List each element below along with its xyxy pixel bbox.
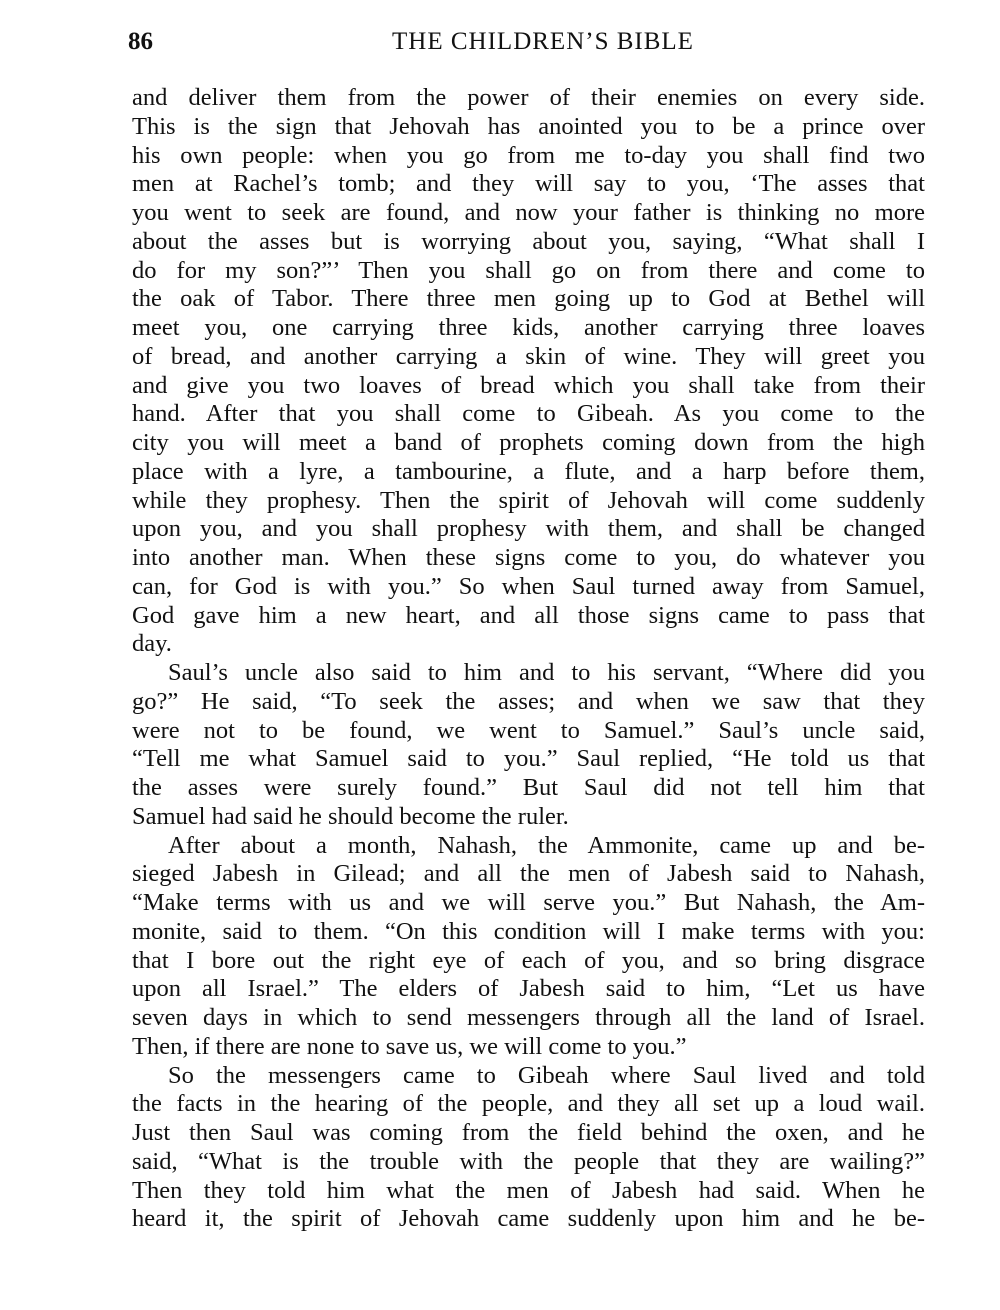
text-line: day. [132,630,925,659]
text-line: into another man. When these signs come … [132,544,925,573]
text-line: the asses were surely found.” But Saul d… [132,774,925,803]
text-line: After about a month, Nahash, the Ammonit… [132,832,925,861]
text-line: place with a lyre, a tambourine, a flute… [132,458,925,487]
text-line: sieged Jabesh in Gilead; and all the men… [132,860,925,889]
text-line: about the asses but is worrying about yo… [132,228,925,257]
text-line: the facts in the hearing of the people, … [132,1090,925,1119]
text-line: Saul’s uncle also said to him and to his… [132,659,925,688]
text-line: were not to be found, we went to Samuel.… [132,717,925,746]
text-line: upon all Israel.” The elders of Jabesh s… [132,975,925,1004]
running-title: THE CHILDREN’S BIBLE [128,28,928,56]
text-line: Then, if there are none to save us, we w… [132,1033,925,1062]
text-line: “Make terms with us and we will serve yo… [132,889,925,918]
text-line: Samuel had said he should become the rul… [132,803,925,832]
text-line: his own people: when you go from me to-d… [132,142,925,171]
text-line: Then they told him what the men of Jabes… [132,1177,925,1206]
text-line: the oak of Tabor. There three men going … [132,285,925,314]
text-line: said, “What is the trouble with the peop… [132,1148,925,1177]
text-line: Just then Saul was coming from the field… [132,1119,925,1148]
text-line: you went to seek are found, and now your… [132,199,925,228]
text-line: do for my son?”’ Then you shall go on fr… [132,257,925,286]
text-line: monite, said to them. “On this condition… [132,918,925,947]
text-line: can, for God is with you.” So when Saul … [132,573,925,602]
text-line: upon you, and you shall prophesy with th… [132,515,925,544]
text-line: seven days in which to send messengers t… [132,1004,925,1033]
text-line: while they prophesy. Then the spirit of … [132,487,925,516]
page-header: 86 THE CHILDREN’S BIBLE [128,28,928,60]
text-line: and deliver them from the power of their… [132,84,925,113]
text-line: go?” He said, “To seek the asses; and wh… [132,688,925,717]
text-line: that I bore out the right eye of each of… [132,947,925,976]
text-line: meet you, one carrying three kids, anoth… [132,314,925,343]
text-line: of bread, and another carrying a skin of… [132,343,925,372]
text-line: heard it, the spirit of Jehovah came sud… [132,1205,925,1234]
text-line: hand. After that you shall come to Gibea… [132,400,925,429]
text-line: men at Rachel’s tomb; and they will say … [132,170,925,199]
text-line: city you will meet a band of prophets co… [132,429,925,458]
text-line: and give you two loaves of bread which y… [132,372,925,401]
body-text: and deliver them from the power of their… [132,84,925,1234]
text-line: This is the sign that Jehovah has anoint… [132,113,925,142]
text-line: God gave him a new heart, and all those … [132,602,925,631]
text-line: So the messengers came to Gibeah where S… [132,1062,925,1091]
text-line: “Tell me what Samuel said to you.” Saul … [132,745,925,774]
